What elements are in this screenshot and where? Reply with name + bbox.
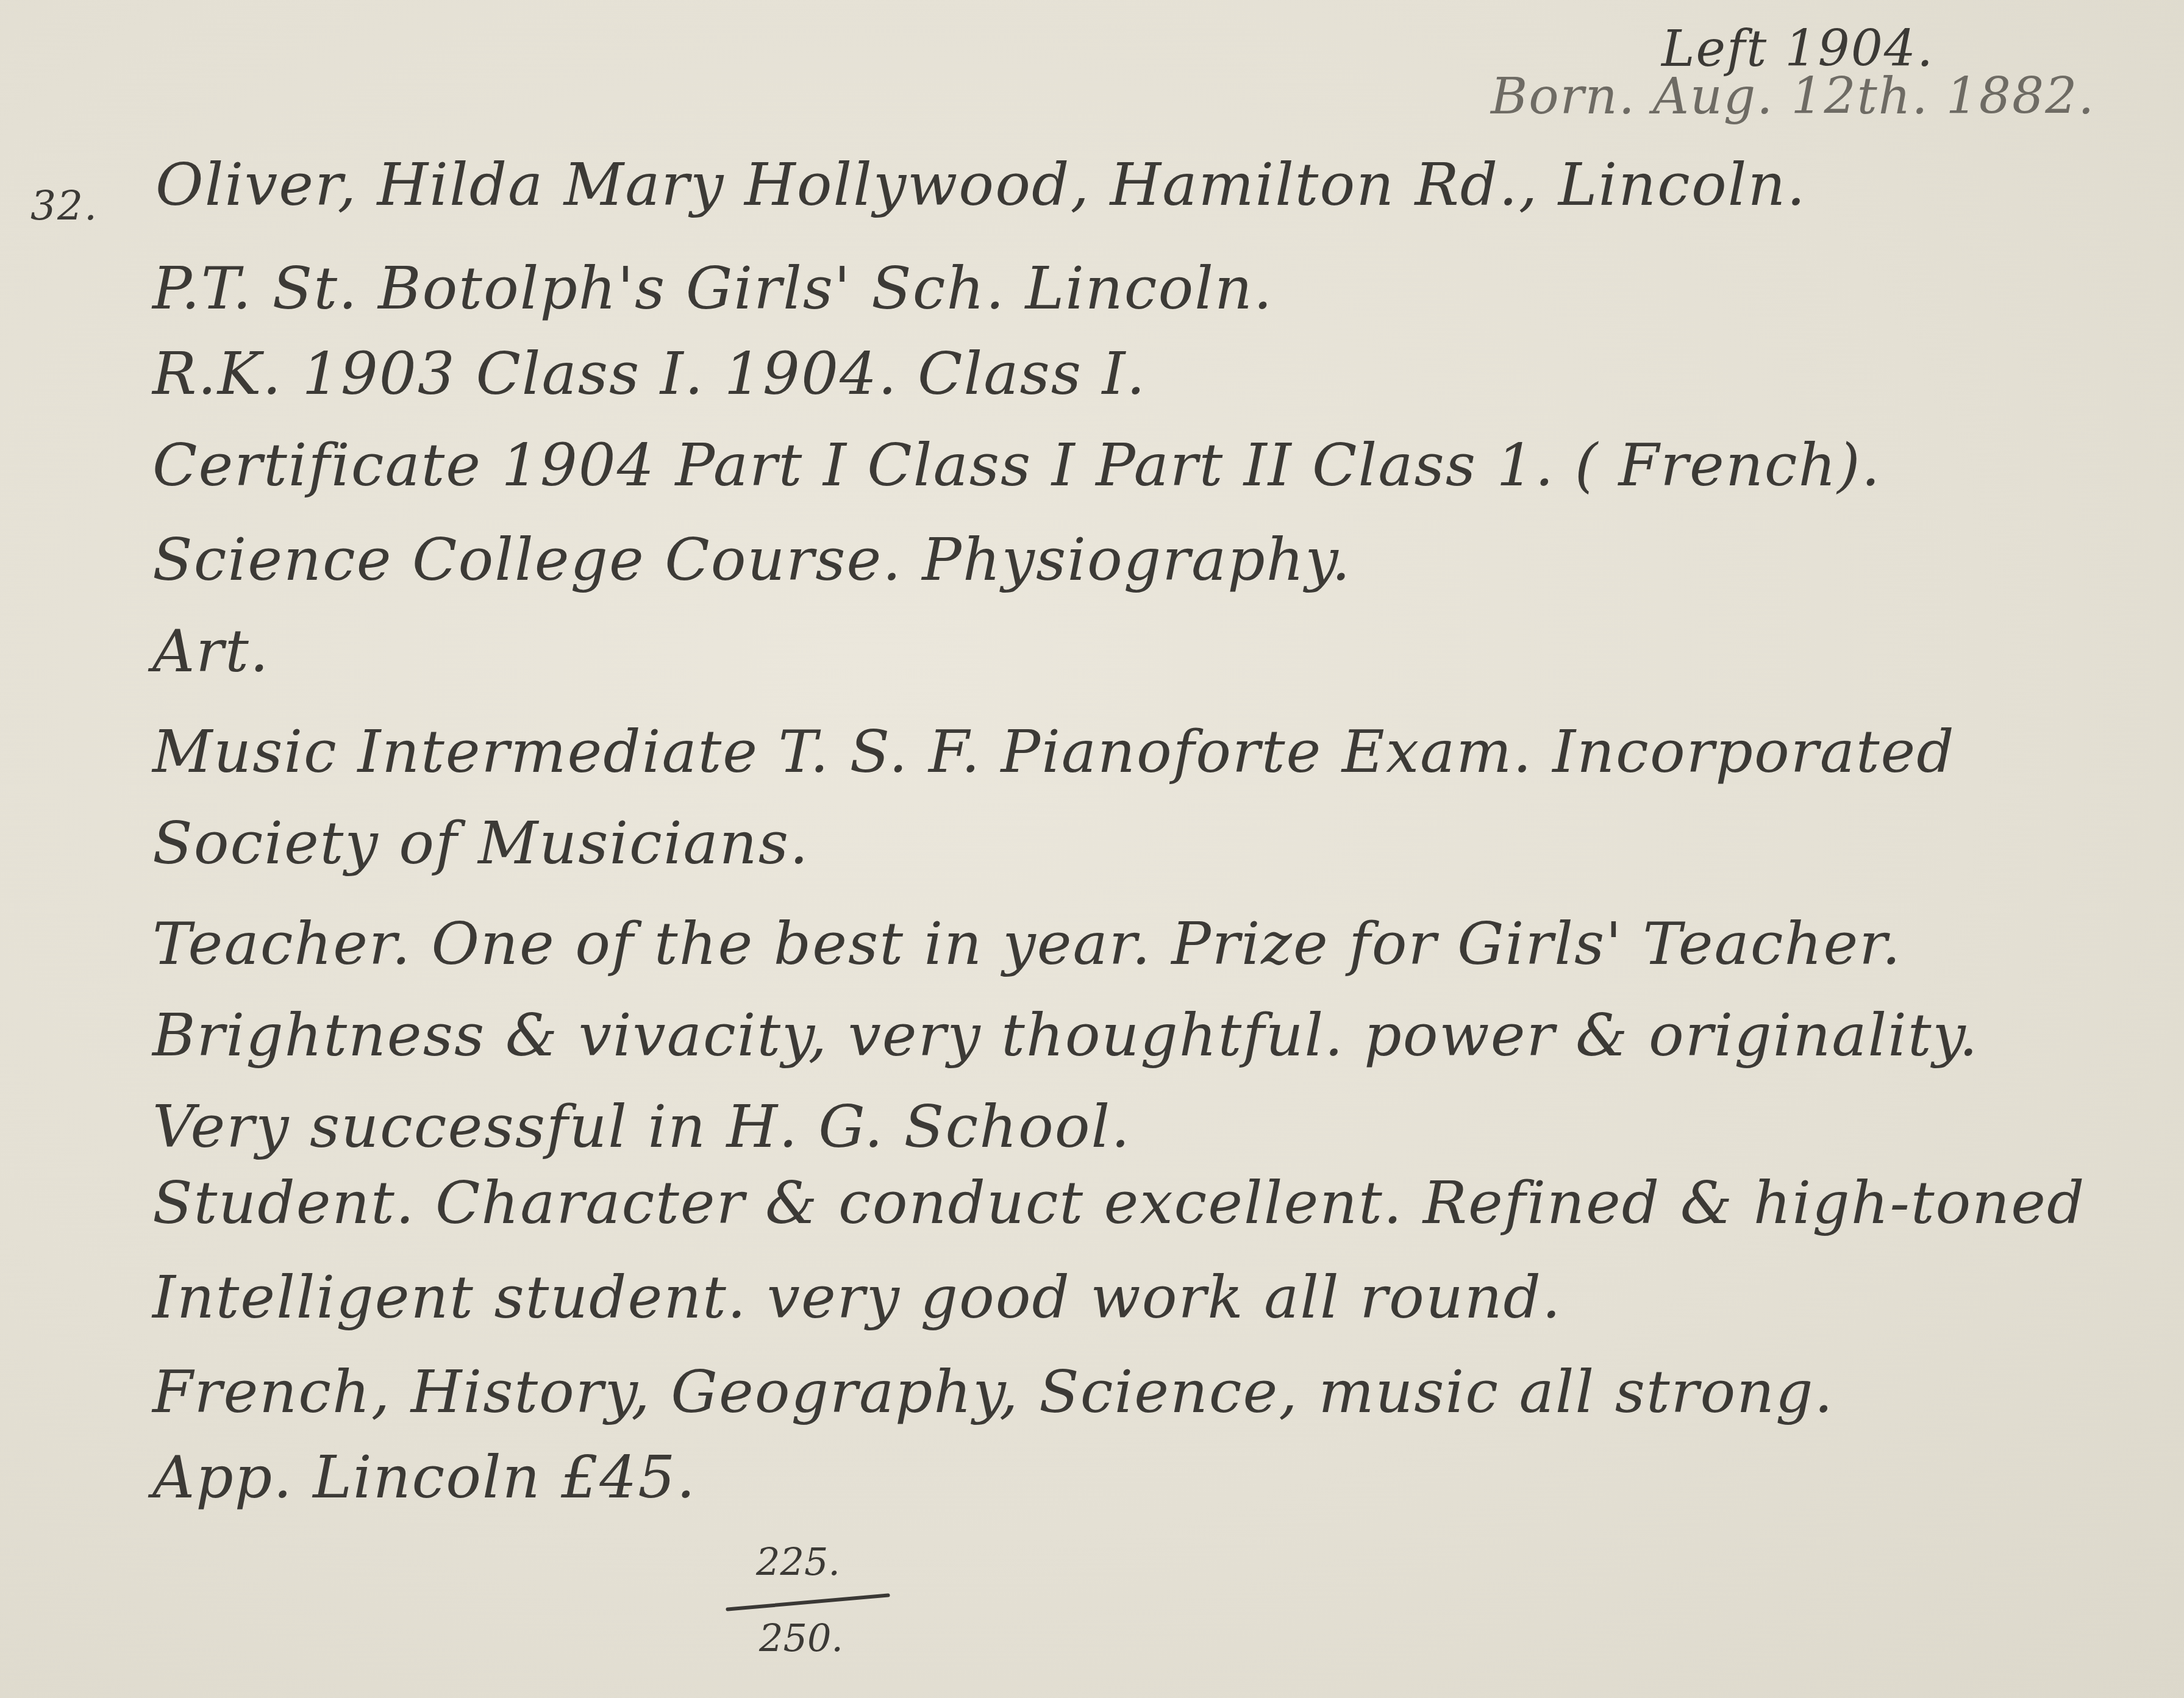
certificate-line: Certificate 1904 Part I Class I Part II …: [152, 436, 1881, 494]
art-line: Art.: [152, 622, 269, 680]
entry-number: 32.: [30, 186, 98, 226]
score-denominator: 250.: [759, 1616, 843, 1660]
science-line: Science College Course. Physiography.: [152, 530, 1352, 589]
left-year-note: Left 1904.: [1661, 24, 1934, 74]
subjects-line: French, History, Geography, Science, mus…: [152, 1363, 1834, 1421]
appointment-line: App. Lincoln £45.: [152, 1448, 696, 1507]
teacher-line: Teacher. One of the best in year. Prize …: [152, 915, 1902, 973]
brightness-line: Brightness & vivacity, very thoughtful. …: [152, 1006, 1979, 1065]
rk-line: R.K. 1903 Class I. 1904. Class I.: [152, 344, 1146, 403]
very-successful-line: Very successful in H. G. School.: [152, 1097, 1131, 1156]
name-address-line: Oliver, Hilda Mary Hollywood, Hamilton R…: [155, 155, 1807, 214]
music-line-2: Society of Musicians.: [152, 814, 809, 872]
score-numerator: 225.: [756, 1539, 840, 1584]
fraction-bar: [726, 1593, 890, 1611]
student-line: Student. Character & conduct excellent. …: [152, 1174, 2085, 1232]
pupil-teacher-line: P.T. St. Botolph's Girls' Sch. Lincoln.: [152, 259, 1273, 318]
birth-date: Born. Aug. 12th. 1882.: [1491, 72, 2095, 122]
music-line-1: Music Intermediate T. S. F. Pianoforte E…: [152, 722, 1955, 781]
intelligent-line: Intelligent student. very good work all …: [152, 1268, 1562, 1327]
